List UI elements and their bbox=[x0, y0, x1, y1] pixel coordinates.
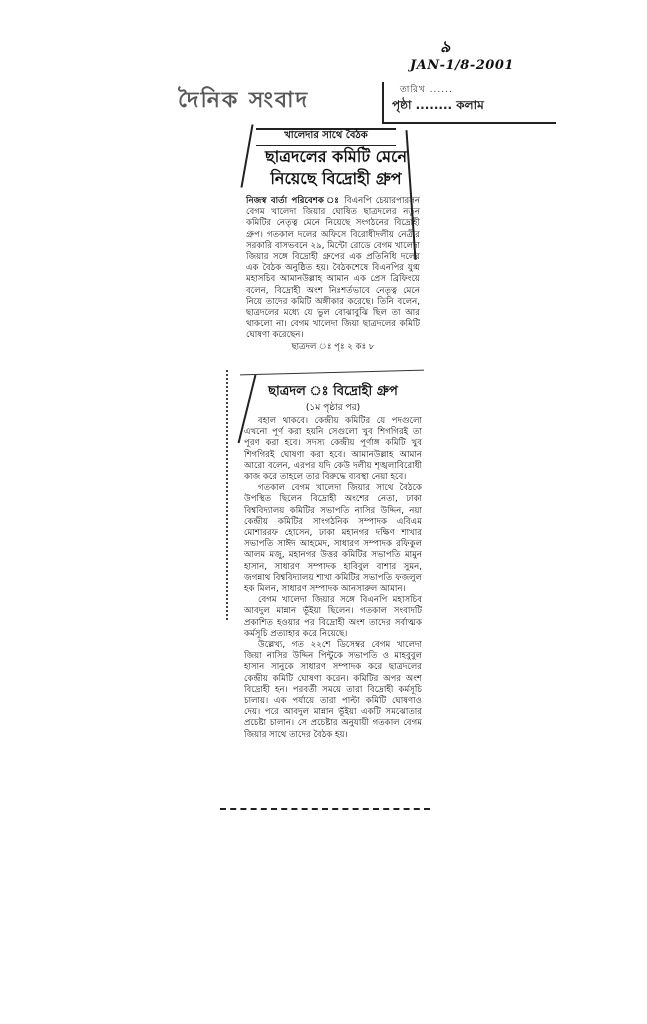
body-paragraph: বেগম খালেদা জিয়ার সঙ্গে বিএনপি মহাসচিব … bbox=[244, 595, 422, 640]
headline-line-1: ছাত্রদলের কমিটি মেনে bbox=[250, 146, 422, 168]
article-headline: ছাত্রদলের কমিটি মেনে নিয়েছে বিদ্রোহী গ্… bbox=[250, 146, 422, 190]
article-body-part-1: নিজস্ব বার্তা পরিবেশক ঃ বিএনপি চেয়ারপার… bbox=[246, 196, 420, 353]
jump-reference: ছাত্রদল ঃ পৃঃ ২ কঃ ৮ bbox=[246, 342, 420, 353]
scan-margin-specks bbox=[226, 370, 232, 620]
headline-line-2: নিয়েছে বিদ্রোহী গ্রুপ bbox=[250, 168, 422, 190]
continuation-divider bbox=[240, 370, 424, 376]
stamp-date-line: তারিখ ...... bbox=[400, 82, 453, 97]
newspaper-masthead: দৈনিক সংবাদ bbox=[178, 83, 309, 120]
body-paragraph: বহাল থাকবে। কেন্দ্রীয় কমিটির যে পদগুলো … bbox=[244, 416, 422, 483]
article-body-part-2: বহাল থাকবে। কেন্দ্রীয় কমিটির যে পদগুলো … bbox=[244, 416, 422, 741]
body-paragraph: উল্লেখ্য, গত ২২শে ডিসেম্বর বেগম খালেদা জ… bbox=[244, 640, 422, 741]
stamp-page-line: পৃষ্ঠা ........ কলাম bbox=[392, 97, 484, 117]
clipping-end-rule bbox=[220, 808, 430, 812]
article-dateline: নিজস্ব বার্তা পরিবেশক ঃ bbox=[246, 196, 340, 206]
page-number-annotation: ৯ bbox=[440, 34, 450, 61]
body-paragraph: গতকাল বেগম খালেদা জিয়ার সাথে বৈঠকে উপস্… bbox=[244, 483, 422, 595]
handwritten-date: JAN-1/8-2001 bbox=[410, 58, 514, 73]
article-lead-text: বিএনপি চেয়ারপারসন বেগম খালেদা জিয়ার ঘো… bbox=[246, 196, 420, 340]
continuation-subhead: (১ম পৃষ্ঠার পর) bbox=[246, 400, 420, 415]
article-kicker: খালেদার সাথে বৈঠক bbox=[256, 128, 396, 145]
